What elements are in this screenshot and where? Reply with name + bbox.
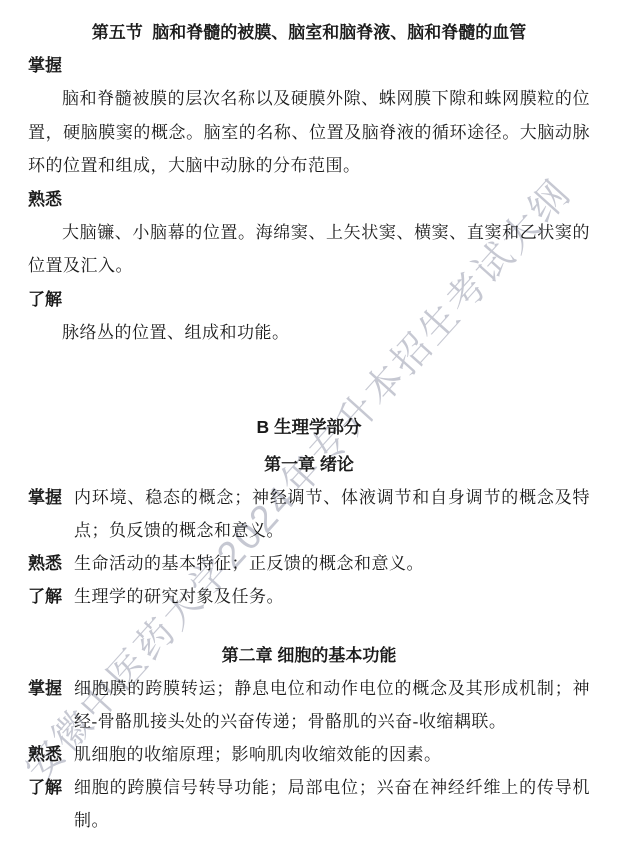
document-page: 安徽中医药大学2024年专升本招生考试大纲 第五节 脑和脊髓的被膜、脑室和脑脊液…: [0, 0, 618, 855]
section-title: 第五节 脑和脊髓的被膜、脑室和脑脊液、脑和脊髓的血管: [28, 16, 590, 49]
mastery-label: 掌握: [28, 672, 62, 705]
understand-label: 了解: [28, 580, 62, 613]
chapter1-title: 第一章 绪论: [28, 448, 590, 481]
chapter1-familiar-item: 熟悉 生命活动的基本特征；正反馈的概念和意义。: [28, 547, 590, 580]
mastery-paragraph: 脑和脊髓被膜的层次名称以及硬膜外隙、蛛网膜下隙和蛛网膜粒的位置，硬脑膜窦的概念。…: [28, 82, 590, 183]
mastery-text: 内环境、稳态的概念；神经调节、体液调节和自身调节的概念及特点；负反馈的概念和意义…: [74, 481, 590, 547]
familiar-label: 熟悉: [28, 738, 62, 771]
familiar-paragraph: 大脑镰、小脑幕的位置。海绵窦、上矢状窦、横窦、直窦和乙状窦的位置及汇入。: [28, 216, 590, 283]
chapter2-mastery-item: 掌握 细胞膜的跨膜转运；静息电位和动作电位的概念及其形成机制；神经-骨骼肌接头处…: [28, 672, 590, 738]
familiar-text: 生命活动的基本特征；正反馈的概念和意义。: [74, 547, 590, 580]
chapter2-understand-item: 了解 细胞的跨膜信号转导功能；局部电位；兴奋在神经纤维上的传导机制。: [28, 771, 590, 837]
familiar-heading: 熟悉: [28, 183, 590, 216]
mastery-text: 细胞膜的跨膜转运；静息电位和动作电位的概念及其形成机制；神经-骨骼肌接头处的兴奋…: [74, 672, 590, 738]
understand-text: 生理学的研究对象及任务。: [74, 580, 590, 613]
chapter1-mastery-item: 掌握 内环境、稳态的概念；神经调节、体液调节和自身调节的概念及特点；负反馈的概念…: [28, 481, 590, 547]
chapter1-understand-item: 了解 生理学的研究对象及任务。: [28, 580, 590, 613]
understand-text: 细胞的跨膜信号转导功能；局部电位；兴奋在神经纤维上的传导机制。: [74, 771, 590, 837]
mastery-label: 掌握: [28, 481, 62, 514]
chapter2-familiar-item: 熟悉 肌细胞的收缩原理；影响肌肉收缩效能的因素。: [28, 738, 590, 771]
understand-paragraph: 脉络丛的位置、组成和功能。: [28, 316, 590, 350]
document-content: 第五节 脑和脊髓的被膜、脑室和脑脊液、脑和脊髓的血管 掌握 脑和脊髓被膜的层次名…: [0, 0, 618, 837]
understand-heading: 了解: [28, 283, 590, 316]
familiar-text: 肌细胞的收缩原理；影响肌肉收缩效能的因素。: [74, 738, 590, 771]
mastery-heading: 掌握: [28, 49, 590, 82]
part-b-title: B 生理学部分: [28, 411, 590, 444]
familiar-label: 熟悉: [28, 547, 62, 580]
chapter2-title: 第二章 细胞的基本功能: [28, 639, 590, 672]
understand-label: 了解: [28, 771, 62, 804]
